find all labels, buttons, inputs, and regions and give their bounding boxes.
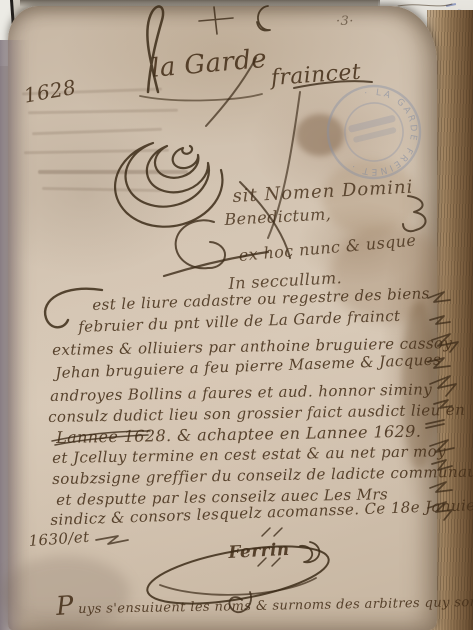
bleedthrough-line [38, 170, 188, 174]
ink-stain [296, 114, 344, 156]
footer-initial: P [55, 591, 75, 622]
gutter-shadow [0, 40, 30, 630]
manuscript-photo: ·3· 1628 la Garde fraincet sit Nomen Dom… [0, 0, 473, 630]
page-top-shadow [20, 0, 380, 7]
folio-number: ·3· [336, 14, 354, 29]
signature-name: Ferrin [228, 540, 290, 563]
